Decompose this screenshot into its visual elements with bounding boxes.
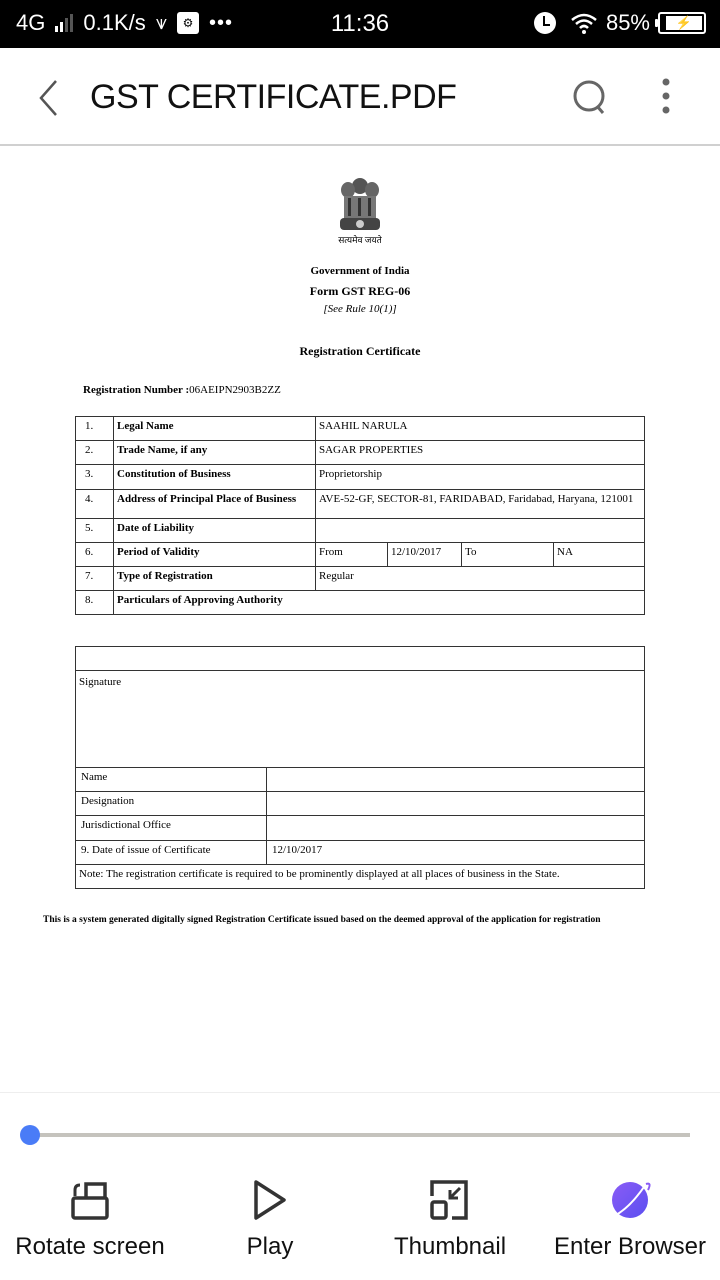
table-row: 2. Trade Name, if any SAGAR PROPERTIES bbox=[76, 441, 645, 465]
document-title: GST CERTIFICATE.PDF bbox=[90, 78, 456, 117]
government-heading: Government of India bbox=[0, 265, 720, 277]
approving-authority-table: Signature Name Designation Jurisdictiona… bbox=[75, 646, 645, 889]
search-button[interactable] bbox=[570, 78, 610, 118]
rule-reference: [See Rule 10(1)] bbox=[0, 303, 720, 315]
constitution-value: Proprietorship bbox=[316, 465, 645, 489]
certificate-details-table: 1. Legal Name SAAHIL NARULA 2. Trade Nam… bbox=[75, 416, 645, 615]
table-row: 9. Date of issue of Certificate 12/10/20… bbox=[76, 840, 645, 864]
thumbnail-icon bbox=[428, 1178, 472, 1222]
page-slider[interactable] bbox=[30, 1133, 690, 1137]
status-bar: 4G 0.1K/s ⩛ ⚙ ••• 11:36 85% ⚡ bbox=[0, 0, 720, 48]
table-row: Jurisdictional Office bbox=[76, 816, 645, 840]
play-icon bbox=[248, 1178, 292, 1222]
pdf-page[interactable]: सत्यमेव जयते Government of India Form GS… bbox=[0, 148, 720, 1090]
registration-type-value: Regular bbox=[316, 566, 645, 590]
legal-name-value: SAAHIL NARULA bbox=[316, 417, 645, 441]
table-row: 1. Legal Name SAAHIL NARULA bbox=[76, 417, 645, 441]
wifi-icon bbox=[570, 12, 598, 34]
validity-to-label: To bbox=[462, 542, 554, 566]
rotate-screen-label: Rotate screen bbox=[0, 1233, 180, 1261]
play-label: Play bbox=[180, 1233, 360, 1261]
browser-planet-icon bbox=[608, 1178, 652, 1222]
validity-from-label: From bbox=[316, 542, 388, 566]
thumbnail-button[interactable]: Thumbnail bbox=[360, 1173, 540, 1273]
validity-from-value: 12/10/2017 bbox=[388, 542, 462, 566]
chevron-left-icon bbox=[34, 78, 64, 118]
rotate-screen-button[interactable]: Rotate screen bbox=[0, 1173, 180, 1273]
display-note: Note: The registration certificate is re… bbox=[76, 864, 645, 888]
issue-date-value: 12/10/2017 bbox=[267, 840, 645, 864]
system-generated-note: This is a system generated digitally sig… bbox=[43, 912, 643, 929]
registration-number: Registration Number :06AEIPN2903B2ZZ bbox=[83, 384, 281, 396]
app-bar: GST CERTIFICATE.PDF bbox=[0, 48, 720, 146]
search-icon bbox=[570, 78, 610, 118]
status-right: 85% ⚡ bbox=[534, 10, 706, 36]
enter-browser-label: Enter Browser bbox=[540, 1233, 720, 1261]
validity-to-value: NA bbox=[554, 542, 645, 566]
table-row: 3. Constitution of Business Proprietorsh… bbox=[76, 465, 645, 489]
liability-date-value bbox=[316, 518, 645, 542]
table-row: 6. Period of Validity From 12/10/2017 To… bbox=[76, 542, 645, 566]
table-row: Name bbox=[76, 768, 645, 792]
table-row: 4. Address of Principal Place of Busines… bbox=[76, 489, 645, 518]
table-row bbox=[76, 647, 645, 671]
table-row: Signature bbox=[76, 671, 645, 768]
rotate-screen-icon bbox=[68, 1178, 112, 1222]
battery-charging-icon: ⚡ bbox=[658, 12, 706, 34]
page-slider-thumb[interactable] bbox=[20, 1125, 40, 1145]
table-row: 5. Date of Liability bbox=[76, 518, 645, 542]
alarm-icon bbox=[534, 12, 556, 34]
form-name: Form GST REG-06 bbox=[0, 284, 720, 299]
play-button[interactable]: Play bbox=[180, 1173, 360, 1273]
address-value: AVE-52-GF, SECTOR-81, FARIDABAD, Faridab… bbox=[316, 489, 645, 518]
thumbnail-label: Thumbnail bbox=[360, 1233, 540, 1261]
trade-name-value: SAGAR PROPERTIES bbox=[316, 441, 645, 465]
emblem-motto: सत्यमेव जयते bbox=[0, 233, 720, 246]
signature-label: Signature bbox=[76, 671, 645, 768]
battery-level: 85% bbox=[606, 10, 650, 36]
more-vertical-icon bbox=[656, 76, 676, 120]
table-row: Note: The registration certificate is re… bbox=[76, 864, 645, 888]
table-row: Designation bbox=[76, 792, 645, 816]
certificate-heading: Registration Certificate bbox=[0, 344, 720, 359]
more-options-button[interactable] bbox=[656, 76, 676, 120]
enter-browser-button[interactable]: Enter Browser bbox=[540, 1173, 720, 1273]
bottom-toolbar: Rotate screen Play Thumbnail Enter Brows… bbox=[0, 1092, 720, 1280]
table-row: 7. Type of Registration Regular bbox=[76, 566, 645, 590]
table-row: 8. Particulars of Approving Authority bbox=[76, 591, 645, 615]
back-button[interactable] bbox=[34, 78, 64, 118]
